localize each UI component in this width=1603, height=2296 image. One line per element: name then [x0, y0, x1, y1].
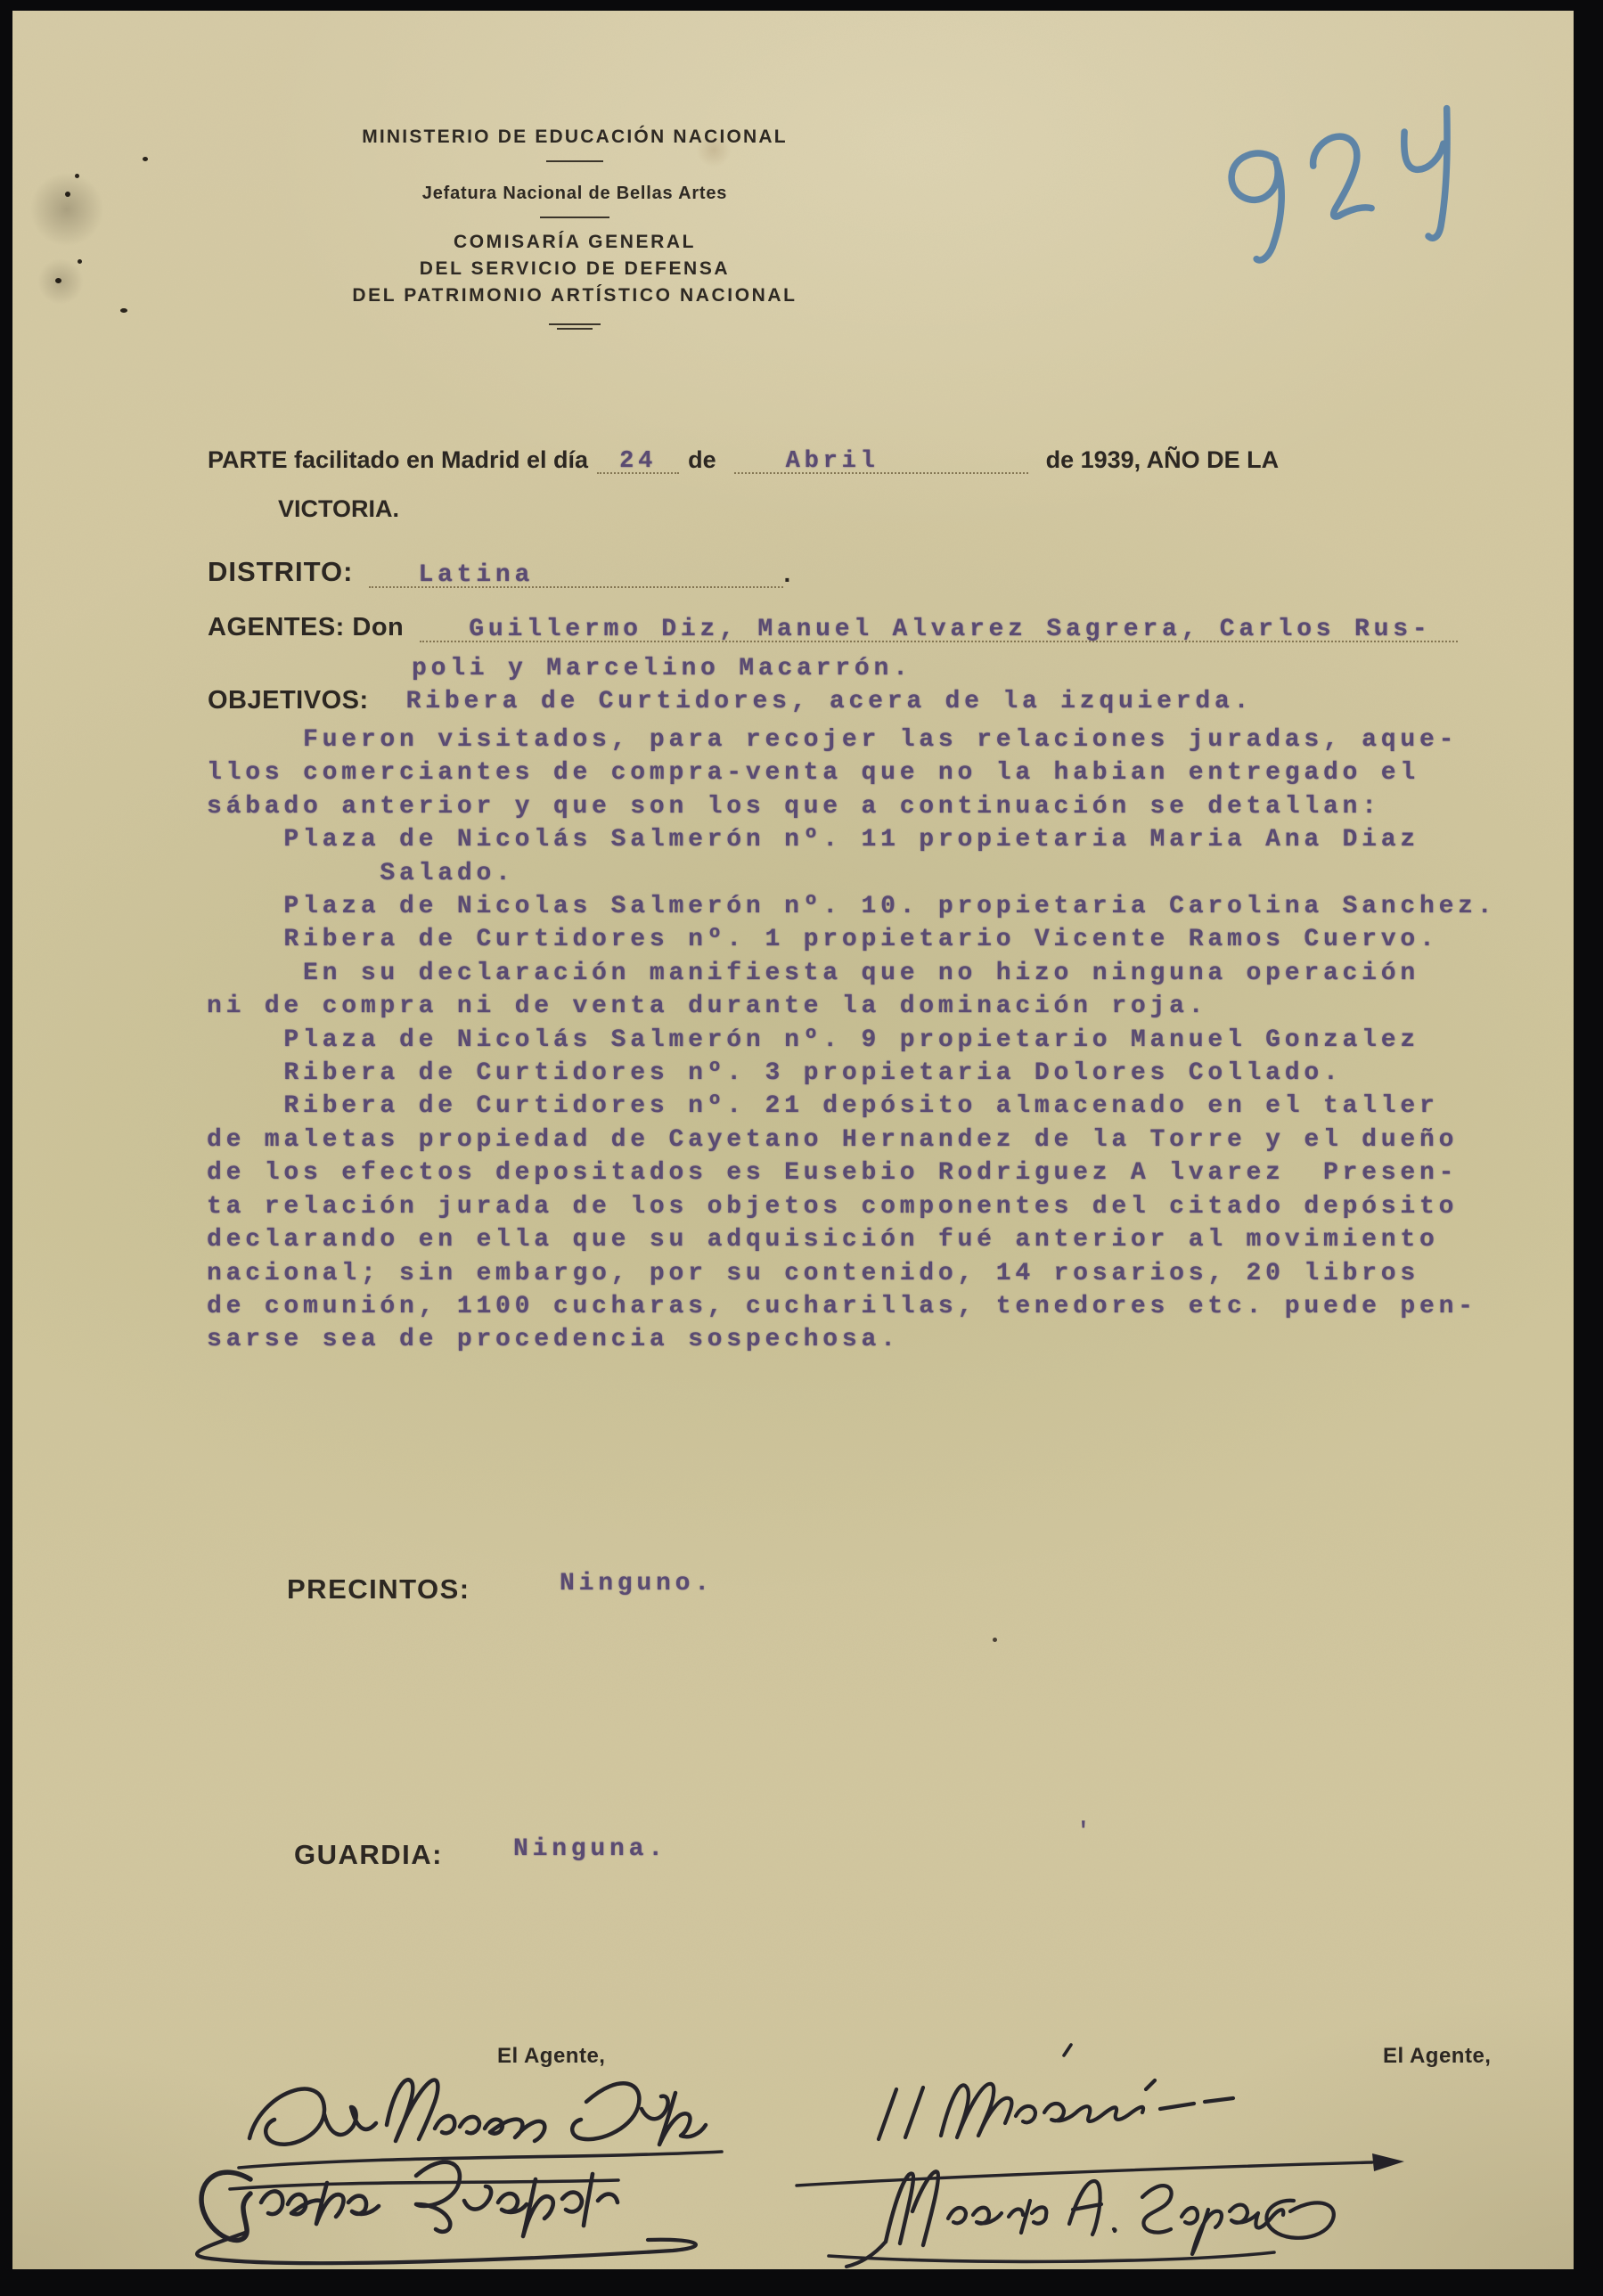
- stray-apostrophe-mark: ': [1076, 1818, 1091, 1844]
- letterhead: MINISTERIO DE EDUCACIÓN NACIONAL Jefatur…: [285, 127, 864, 325]
- de-label: de: [688, 446, 716, 474]
- jefatura-subtitle: Jefatura Nacional de Bellas Artes: [285, 184, 864, 204]
- parte-suffix: de 1939, AÑO DE LA: [1046, 446, 1280, 474]
- agentes-label: AGENTES: Don: [208, 613, 404, 642]
- signatures: [0, 2031, 1603, 2269]
- precintos-value: Ninguno.: [560, 1570, 714, 1597]
- parte-line: PARTE facilitado en Madrid el día 24 de …: [208, 445, 1279, 474]
- scanned-document: MINISTERIO DE EDUCACIÓN NACIONAL Jefatur…: [0, 0, 1603, 2296]
- precintos-label: PRECINTOS:: [287, 1573, 470, 1606]
- ministry-title: MINISTERIO DE EDUCACIÓN NACIONAL: [285, 127, 864, 148]
- handwritten-page-number: [1185, 85, 1542, 290]
- distrito-value: Latina: [418, 561, 534, 589]
- day-field: 24: [597, 445, 679, 474]
- agentes-value-line1: Guillermo Diz, Manuel Alvarez Sagrera, C…: [469, 616, 1431, 643]
- month-value: Abril: [786, 448, 879, 475]
- guardia-label: GUARDIA:: [294, 1839, 443, 1871]
- leader-period: .: [783, 560, 790, 588]
- agentes-value-line2: poli y Marcelino Macarrón.: [412, 655, 912, 682]
- arrow-line: [797, 2162, 1372, 2186]
- comisaria-line3: DEL PATRIMONIO ARTÍSTICO NACIONAL: [285, 282, 864, 309]
- distrito-field: Latina: [369, 559, 783, 588]
- signature-manuel-a-sagrera: [829, 2171, 1334, 2267]
- guardia-value: Ninguna.: [513, 1835, 667, 1863]
- day-value: 24: [619, 448, 657, 475]
- letterhead-rule: [540, 217, 609, 218]
- month-field: Abril: [734, 445, 1028, 474]
- signature-guillermo-diz: [230, 2079, 722, 2189]
- letterhead-rule: [546, 160, 603, 162]
- objetivos-value: Ribera de Curtidores, acera de la izquie…: [406, 688, 1254, 715]
- letterhead-double-rule: [549, 323, 601, 325]
- comisaria-line2: DEL SERVICIO DE DEFENSA: [285, 256, 864, 282]
- digit-9: [1227, 150, 1296, 263]
- victoria-label: VICTORIA.: [278, 495, 399, 523]
- objetivos-label: OBJETIVOS:: [208, 686, 369, 715]
- digit-2: [1308, 133, 1371, 219]
- distrito-label: DISTRITO:: [208, 556, 353, 588]
- agentes-field: Guillermo Diz, Manuel Alvarez Sagrera, C…: [420, 613, 1458, 642]
- signature-carlos-ruspoli: [197, 2162, 696, 2263]
- digit-4: [1397, 109, 1472, 241]
- arrow-head: [1372, 2153, 1404, 2171]
- parte-prefix: PARTE facilitado en Madrid el día: [208, 446, 588, 474]
- signature-macarron: [797, 2045, 1404, 2186]
- comisaria-line1: COMISARÍA GENERAL: [285, 229, 864, 256]
- report-body-text: Fueron visitados, para recojer las relac…: [207, 723, 1543, 1357]
